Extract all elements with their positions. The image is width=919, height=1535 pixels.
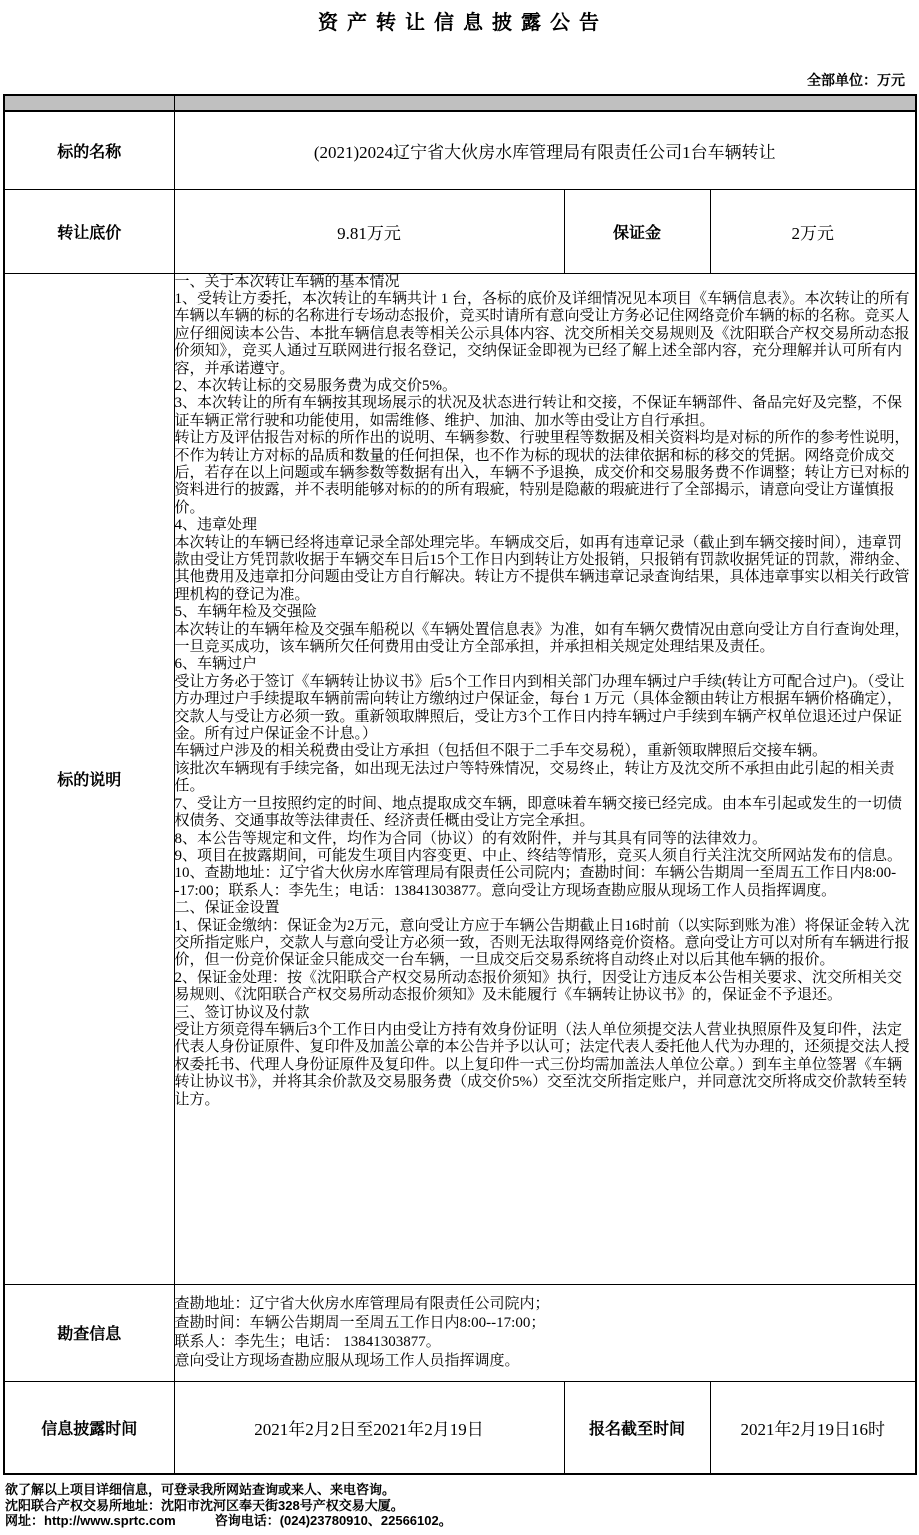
announcement-page: 资 产 转 让 信 息 披 露 公 告 全部单位：万元 标的名称 (2021)2… — [0, 0, 919, 1535]
deposit-label: 保证金 — [564, 189, 710, 273]
price-row: 转让底价 9.81万元 保证金 2万元 — [4, 189, 916, 273]
subject-name-row: 标的名称 (2021)2024辽宁省大伙房水库管理局有限责任公司1台车辆转让 — [4, 111, 916, 189]
table-header-row — [4, 95, 916, 111]
survey-text: 查勘地址：辽宁省大伙房水库管理局有限责任公司院内； 查勘时间：车辆公告期周一至周… — [174, 1284, 916, 1381]
description-row: 标的说明 一、关于本次转让车辆的基本情况 1、受转让方委托，本次转让的车辆共计 … — [4, 273, 916, 1284]
subject-name-label: 标的名称 — [4, 111, 174, 189]
description-text: 一、关于本次转让车辆的基本情况 1、受转让方委托，本次转让的车辆共计 1 台，各… — [174, 273, 916, 1284]
footer-notes: 欲了解以上项目详细信息，可登录我所网站查询或来人、来电咨询。 沈阳联合产权交易所… — [5, 1482, 919, 1529]
survey-row: 勘查信息 查勘地址：辽宁省大伙房水库管理局有限责任公司院内； 查勘时间：车辆公告… — [4, 1284, 916, 1381]
description-label: 标的说明 — [4, 273, 174, 1284]
announcement-table: 标的名称 (2021)2024辽宁省大伙房水库管理局有限责任公司1台车辆转让 转… — [3, 94, 917, 1475]
survey-label: 勘查信息 — [4, 1284, 174, 1381]
unit-note: 全部单位：万元 — [0, 70, 905, 90]
disclosure-time-label: 信息披露时间 — [4, 1381, 174, 1474]
header-cell-right — [174, 95, 916, 111]
header-cell-left — [4, 95, 174, 111]
disclosure-time-value: 2021年2月2日至2021年2月19日 — [174, 1381, 564, 1474]
signup-deadline-label: 报名截至时间 — [564, 1381, 710, 1474]
base-price-label: 转让底价 — [4, 189, 174, 273]
disclosure-time-row: 信息披露时间 2021年2月2日至2021年2月19日 报名截至时间 2021年… — [4, 1381, 916, 1474]
subject-name-value: (2021)2024辽宁省大伙房水库管理局有限责任公司1台车辆转让 — [174, 111, 916, 189]
signup-deadline-value: 2021年2月19日16时 — [710, 1381, 916, 1474]
base-price-value: 9.81万元 — [174, 189, 564, 273]
deposit-value: 2万元 — [710, 189, 916, 273]
page-title: 资 产 转 让 信 息 披 露 公 告 — [0, 6, 919, 35]
